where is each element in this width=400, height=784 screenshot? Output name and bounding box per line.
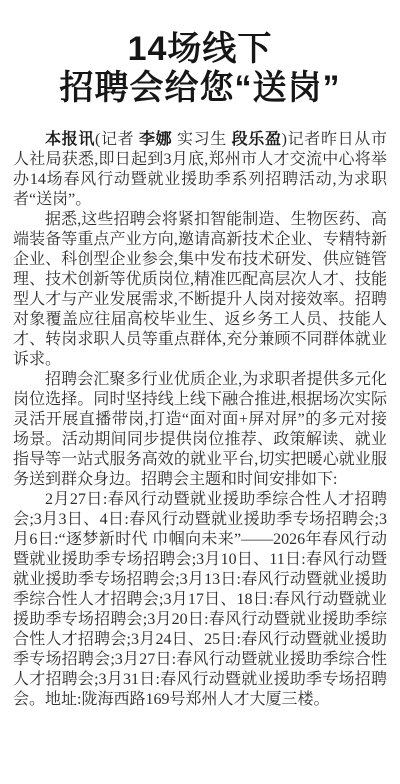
paragraph-services: 招聘会汇聚多行业优质企业,为求职者提供多元化岗位选择。同时坚持线上线下融合推进,… bbox=[13, 370, 387, 490]
reporter-name: 李娜 bbox=[139, 131, 172, 148]
source-label: 本报讯 bbox=[45, 131, 95, 148]
byline-open: (记者 bbox=[95, 131, 139, 148]
newspaper-article-page: 14场线下 招聘会给您“送岗” 本报讯(记者 李娜 实习生 段乐盈)记者昨日从市… bbox=[0, 0, 400, 784]
article-title-line1: 14场线下 bbox=[13, 30, 387, 69]
lead-paragraph: 本报讯(记者 李娜 实习生 段乐盈)记者昨日从市人社局获悉,即日起到3月底,郑州… bbox=[13, 130, 387, 210]
intern-label: 实习生 bbox=[172, 131, 231, 148]
article-body: 本报讯(记者 李娜 实习生 段乐盈)记者昨日从市人社局获悉,即日起到3月底,郑州… bbox=[13, 130, 387, 710]
paragraph-industries: 据悉,这些招聘会将紧扣智能制造、生物医药、高端装备等重点产业方向,邀请高新技术企… bbox=[13, 210, 387, 370]
intern-name: 段乐盈 bbox=[232, 131, 282, 148]
paragraph-schedule: 2月27日:春风行动暨就业援助季综合性人才招聘会;3月3日、4日:春风行动暨就业… bbox=[13, 490, 387, 710]
article-title: 14场线下 招聘会给您“送岗” bbox=[13, 30, 387, 108]
article-title-line2: 招聘会给您“送岗” bbox=[13, 69, 387, 108]
